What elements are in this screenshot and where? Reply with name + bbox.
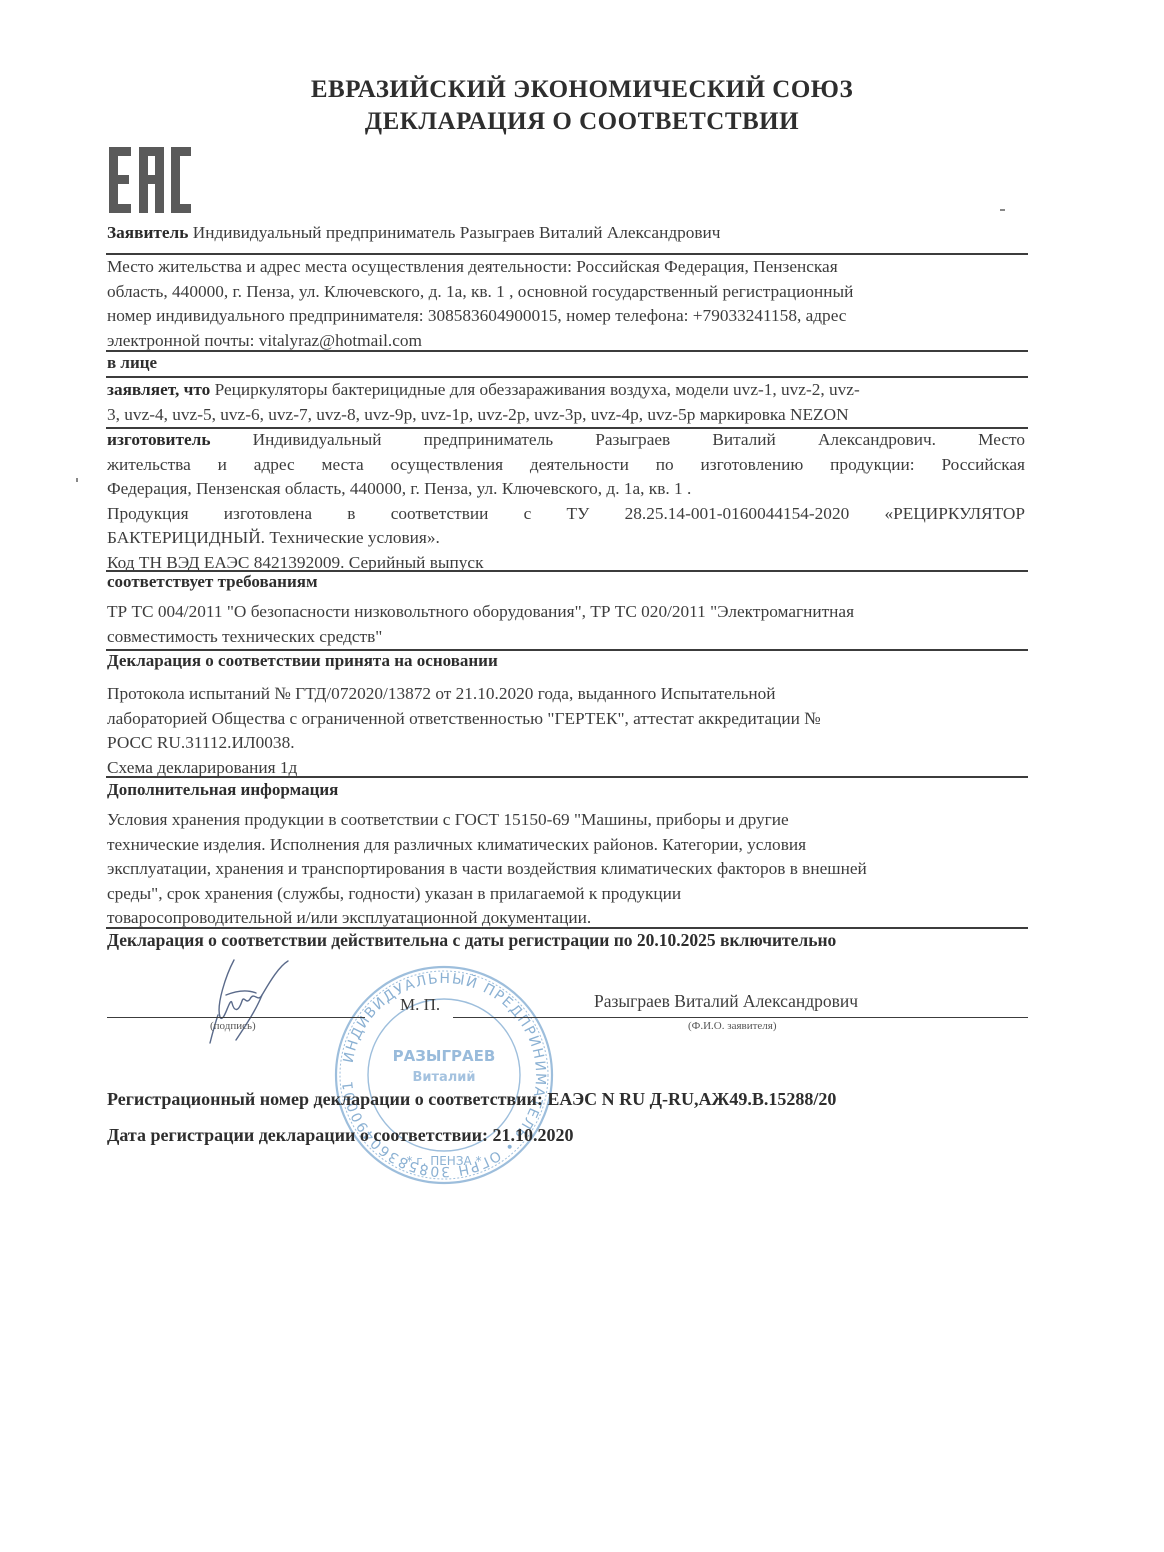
in-person-label: в лице	[107, 353, 157, 373]
manufacturer-line: Федерация, Пензенская область, 440000, г…	[107, 477, 1025, 502]
address-line: область, 440000, г. Пенза, ул. Ключевско…	[107, 280, 1025, 305]
validity-text: Декларация о соответствии действительна …	[107, 930, 836, 951]
registration-number-row: Регистрационный номер декларации о соотв…	[107, 1089, 836, 1110]
stamp-center-firstname: Виталий	[412, 1070, 475, 1085]
registration-date-row: Дата регистрации декларации о соответств…	[107, 1125, 574, 1146]
name-caption: (Ф.И.О. заявителя)	[688, 1020, 777, 1032]
applicant-value: Индивидуальный предприниматель Разыграев…	[193, 223, 721, 242]
basis-block: Протокола испытаний № ГТД/072020/13872 о…	[107, 682, 1025, 780]
requirements-line: ТР ТС 004/2011 "О безопасности низковоль…	[107, 600, 1025, 625]
additional-line: Условия хранения продукции в соответстви…	[107, 808, 1025, 833]
additional-line: среды", срок хранения (службы, годности)…	[107, 882, 1025, 907]
manufacturer-label: изготовитель	[107, 430, 210, 449]
additional-line: технические изделия. Исполнения для разл…	[107, 833, 1025, 858]
signature-caption: (подпись)	[210, 1020, 256, 1032]
registration-date-value: 21.10.2020	[493, 1125, 574, 1145]
registration-date-label: Дата регистрации декларации о соответств…	[107, 1125, 488, 1145]
requirements-line: совместимость технических средств"	[107, 625, 1025, 650]
name-line	[453, 1017, 1028, 1018]
basis-line: лабораторией Общества с ограниченной отв…	[107, 707, 1025, 732]
requirements-block: ТР ТС 004/2011 "О безопасности низковоль…	[107, 600, 1025, 649]
stamp-city: * г. ПЕНЗА *	[406, 1154, 481, 1168]
divider	[106, 776, 1028, 778]
registration-number-value: ЕАЭС N RU Д-RU,АЖ49.В.15288/20	[547, 1089, 836, 1109]
applicant-name: Разыграев Виталий Александрович	[594, 991, 858, 1012]
additional-line: эксплуатации, хранения и транспортирован…	[107, 857, 1025, 882]
declares-line: Рециркуляторы бактерицидные для обеззара…	[215, 380, 860, 399]
scan-speck	[76, 478, 78, 482]
registration-number-label: Регистрационный номер декларации о соотв…	[107, 1089, 543, 1109]
requirements-label: соответствует требованиям	[107, 572, 318, 592]
address-block: Место жительства и адрес места осуществл…	[107, 255, 1025, 353]
stamp-center-name: РАЗЫГРАЕВ	[393, 1047, 496, 1065]
divider	[106, 927, 1028, 929]
manufacturer-block: изготовитель Индивидуальный предпринимат…	[107, 428, 1025, 575]
union-title: ЕВРАЗИЙСКИЙ ЭКОНОМИЧЕСКИЙ СОЮЗ	[0, 76, 1164, 104]
declares-block: заявляет, что Рециркуляторы бактерицидны…	[107, 378, 1025, 427]
additional-label: Дополнительная информация	[107, 780, 338, 800]
eac-logo-icon	[109, 147, 191, 213]
scan-speck	[1000, 209, 1005, 211]
manufacturer-line: жительства и адрес места осуществления д…	[107, 453, 1025, 478]
declares-label: заявляет, что	[107, 380, 210, 399]
basis-line: Протокола испытаний № ГТД/072020/13872 о…	[107, 682, 1025, 707]
basis-label: Декларация о соответствии принята на осн…	[107, 651, 498, 671]
declaration-title: ДЕКЛАРАЦИЯ О СООТВЕТСТВИИ	[0, 108, 1164, 136]
manufacturer-line: Продукция изготовлена в соответствии с Т…	[107, 502, 1025, 527]
declares-line: 3, uvz-4, uvz-5, uvz-6, uvz-7, uvz-8, uv…	[107, 403, 1025, 428]
manufacturer-line: Индивидуальный предприниматель Разыграев…	[253, 430, 1025, 449]
address-line: номер индивидуального предпринимателя: 3…	[107, 304, 1025, 329]
divider	[106, 350, 1028, 352]
seal-stamp-icon: ИНДИВИДУАЛЬНЫЙ ПРЕДПРИНИМАТЕЛЬ • ОГРН 30…	[332, 963, 556, 1187]
signature-line	[107, 1017, 365, 1018]
additional-block: Условия хранения продукции в соответстви…	[107, 808, 1025, 931]
seal-mark: М. П.	[400, 995, 440, 1015]
basis-line: РОСС RU.31112.ИЛ0038.	[107, 731, 1025, 756]
manufacturer-line: БАКТЕРИЦИДНЫЙ. Технические условия».	[107, 526, 1025, 551]
address-line: Место жительства и адрес места осуществл…	[107, 255, 1025, 280]
applicant-row: Заявитель Индивидуальный предприниматель…	[107, 221, 1025, 246]
applicant-label: Заявитель	[107, 223, 188, 242]
